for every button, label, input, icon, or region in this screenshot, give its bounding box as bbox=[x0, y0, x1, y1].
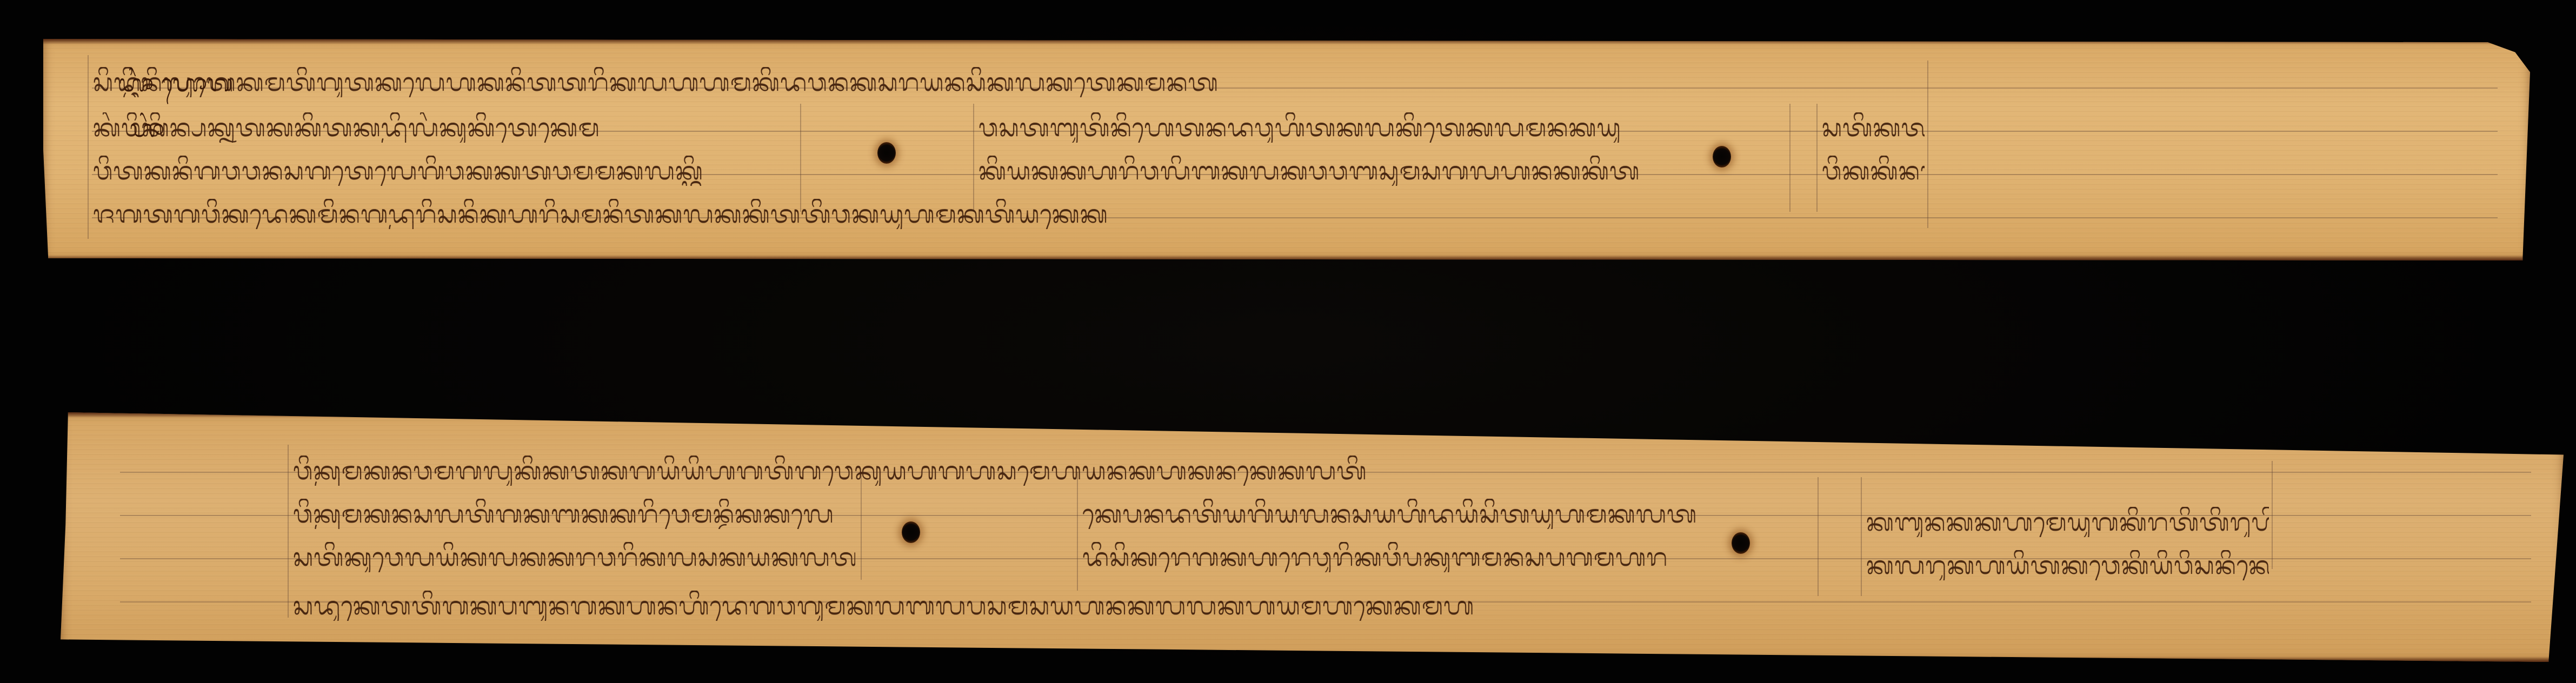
margin-rule bbox=[288, 445, 289, 618]
text-line-col3: ᬓᬮᬭᬸᬓᬳᬬᬶᬢᬓᬯᬾᬓᬶᬬᬶᬯᬶᬲᬦᬶᬓᬾᬫᬕᬓᬤᬦ bbox=[1866, 550, 2269, 580]
leaf-edge-bottom bbox=[43, 255, 2530, 260]
leaf-edge-top bbox=[61, 412, 2564, 418]
column-rule bbox=[2272, 461, 2273, 569]
string-hole bbox=[902, 521, 920, 543]
leaf-edge-top bbox=[43, 39, 2530, 44]
column-rule bbox=[800, 104, 801, 212]
text-line-col3: ᬓᬩᬸᬦᬓᬓᬳᬫᬾᬬᬸᬕᬓᬶᬭᬢᬶᬢᬶᬭᬸᬳᬶᬓᬶᬯᬕᬭᬳ bbox=[1866, 507, 2269, 537]
margin-rule bbox=[88, 55, 89, 239]
text-line-col2: ᬤᬶᬲᬶᬓᬭᬾᬕᬓᬳᬭᬾᬯᬸᬭᬶᬓᬯᬶᬧᬓᬸᬩᬫᬦᬲᬧᬕᬫᬳᬭ bbox=[1082, 542, 1812, 572]
scan-background: ᬳᬵᬂ ᬳᭀᬕ ᬳᬵᬂ ᬲᬶᬤ᭄ᬥᬶᬦᬶᬮᬸᬢᬾᬓᬫᬢᬶᬕᬸᬢᬓᬮᬾᬳᬓᬦᬶᬢᬢ… bbox=[0, 0, 2576, 683]
palm-leaf-bottom: ᬯᬶᬓ᭄ᬭᬫᬓᬦᬯᬫᬕᬮᬸᬓᬶᬓᬢᬓᬕᬬᬶᬬᬶᬳᬕᬢᬶᬕᬯᬾᬓᬸᬬᬳᬕᬳᬲᬫᬾᬳ… bbox=[61, 412, 2564, 662]
column-rule bbox=[1077, 472, 1078, 591]
leaf-edge-bottom bbox=[61, 657, 2564, 662]
column-rule bbox=[1789, 104, 1790, 212]
text-line-col1: ᬓᬂᬯᬶᬓᬶᬦ᭄ᬧᬓ᭄ᬦᬢᬓᬓᬶᬢᬓᬤ᭄ᬭᬶᬮᬂᬓᬸᬓᬶᬢᬾᬓᬾᬫ bbox=[93, 112, 796, 143]
text-line-col1: ᬲᬢᬶᬓᬸᬯᬾᬮᬬᬶᬓᬮᬓᬓᬭᬯᬭᬶᬓᬮᬲᬓᬬᬓᬮᬢᬢ bbox=[293, 542, 855, 572]
text-line-col3: ᬲᬢᬶᬓᬢᬯᬓᬫᬓᬮᬤᬶᬓᬦᬶᬲᬓᬫᬢᬕᬮᬳᬢᬶ bbox=[1822, 112, 1925, 143]
text-line-1: ᬯᬶᬓ᭄ᬭᬫᬓᬦᬯᬫᬕᬮᬸᬓᬶᬓᬢᬓᬕᬬᬶᬬᬶᬳᬕᬢᬶᬕᬯᬾᬓᬸᬬᬳᬕᬳᬲᬫᬾᬳ… bbox=[293, 456, 2272, 486]
text-line-col2: ᬓᬶᬬᬓᬓᬳᬭᬶᬯᬮᬶᬩᬓᬮᬓᬯᬯᬩᬲᬸᬫᬲᬕᬮᬳᬦᬓᬓᬶᬢ bbox=[979, 156, 1779, 186]
text-line-4: ᬚᬕᬢᬕᬯᬶᬓᬤᬾᬓᬫᬶᬦᬕᬤ᭄ᬭᬭᬶᬲᬦᬶᬓᬳᬭᬶᬲᬫᬦᬶᬢᬓᬮᬓᬓᬶᬢᬢᬶᬯ… bbox=[93, 199, 1931, 229]
string-hole bbox=[877, 142, 896, 164]
string-hole bbox=[1713, 146, 1731, 168]
text-line-4: ᬲᬤᬸᬓᬾᬢᬢᬶᬕᬓᬧᬩᬸᬦᬕᬓᬳᬦᬳᬶᬤᬾᬕᬯᬕᬸᬫᬓᬮᬩᬮᬧᬲᬫᬲᬬᬳᬦᬓᬮ… bbox=[293, 591, 2272, 621]
text-line-col3: ᬯᬶᬓᬓᬶᬦᬕᬓᬢᬓᬓᬲᬾᬬᬬᬸᬦᬬᬶᬳᬕᬯᬬ bbox=[1822, 156, 1925, 186]
palm-leaf-top: ᬳᬵᬂ ᬳᭀᬕ ᬳᬵᬂ ᬲᬶᬤ᭄ᬥᬶᬦᬶᬮᬸᬢᬾᬓᬫᬢᬶᬕᬸᬢᬓᬮᬾᬳᬓᬦᬶᬢᬢ… bbox=[43, 39, 2530, 260]
column-rule bbox=[1818, 477, 1819, 596]
column-rule bbox=[1816, 104, 1818, 212]
column-rule bbox=[861, 472, 862, 580]
text-line-col2: ᬯᬲᬢᬩᬸᬢᬶᬦᬶᬳᬾᬢᬦᬤᬯᬸᬳᬶᬢᬓᬮᬓᬶᬢᬾᬓᬮᬫᬦᬓᬬᬸ bbox=[979, 112, 1779, 143]
text-line-1: ᬲᬶᬤ᭄ᬥᬶᬦᬶᬮᬸᬢᬾᬓᬫᬢᬶᬕᬸᬢᬓᬮᬾᬳᬓᬦᬶᬢᬢᬭᬶᬓᬮᬳᬳᬫᬓᬶᬤᬯᬦ… bbox=[93, 67, 1931, 97]
text-line-col1: ᬯᬶᬢᬓᬦᬶᬕᬯᬯᬦᬲᬕᬢᬾᬮᬾᬕᬶᬯᬓᬓᬢᬯᬫᬫᬓᬮᬓ᭄ᬢᬶ bbox=[93, 156, 796, 186]
text-line-col2: ᬓᬾᬧᬦᬤᬢᬶᬬᬕᬶᬬᬮᬦᬲᬬᬳᬶᬤᬬᬶᬲᬶᬢᬬᬸᬳᬫᬓᬮᬢ bbox=[1082, 499, 1812, 529]
column-rule bbox=[973, 104, 974, 212]
text-line-col1: ᬯᬶᬓ᭄ᬭᬫᬓᬦᬲᬮᬢᬶᬕᬓᬩᬓᬓᬭᬶᬯᬾᬫᬦ᭄ᬤᬶᬓᬓᬮᬾ bbox=[293, 499, 855, 529]
string-hole bbox=[1732, 532, 1750, 554]
column-rule bbox=[1861, 477, 1862, 596]
